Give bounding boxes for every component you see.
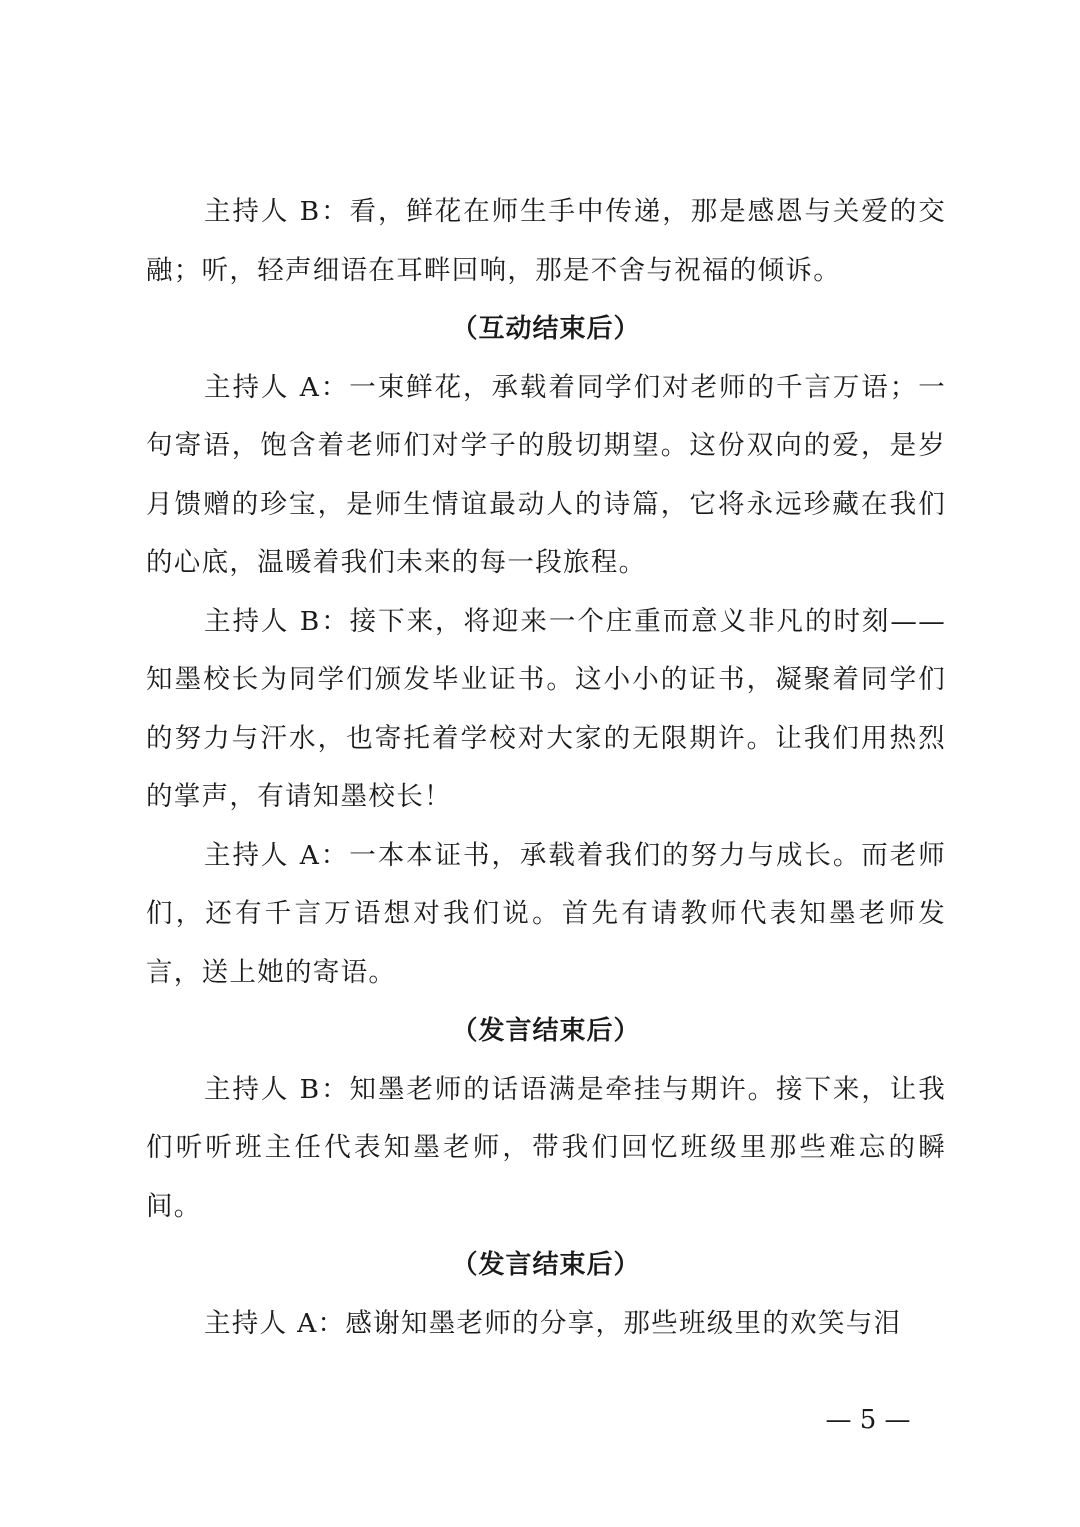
host-a-paragraph: 主持人 A：一本本证书，承载着我们的努力与成长。而老师们，还有千言万语想对我们说…	[146, 827, 946, 1003]
host-b-paragraph: 主持人 B：知墨老师的话语满是牵挂与期许。接下来，让我们听听班主任代表知墨老师，…	[146, 1061, 946, 1237]
stage-direction-interaction-end: （互动结束后）	[146, 300, 946, 359]
host-b-paragraph: 主持人 B：接下来，将迎来一个庄重而意义非凡的时刻——知墨校长为同学们颁发毕业证…	[146, 593, 946, 827]
stage-direction-speech-end: （发言结束后）	[146, 1236, 946, 1295]
host-a-paragraph: 主持人 A：一束鲜花，承载着同学们对老师的千言万语；一句寄语，饱含着老师们对学子…	[146, 359, 946, 593]
stage-direction-speech-end: （发言结束后）	[146, 1002, 946, 1061]
document-page: 主持人 B：看，鲜花在师生手中传递，那是感恩与关爱的交融；听，轻声细语在耳畔回响…	[146, 183, 946, 1353]
host-a-paragraph: 主持人 A：感谢知墨老师的分享，那些班级里的欢笑与泪	[146, 1295, 946, 1354]
page-number: — 5 —	[818, 1402, 918, 1438]
host-b-paragraph: 主持人 B：看，鲜花在师生手中传递，那是感恩与关爱的交融；听，轻声细语在耳畔回响…	[146, 183, 946, 300]
